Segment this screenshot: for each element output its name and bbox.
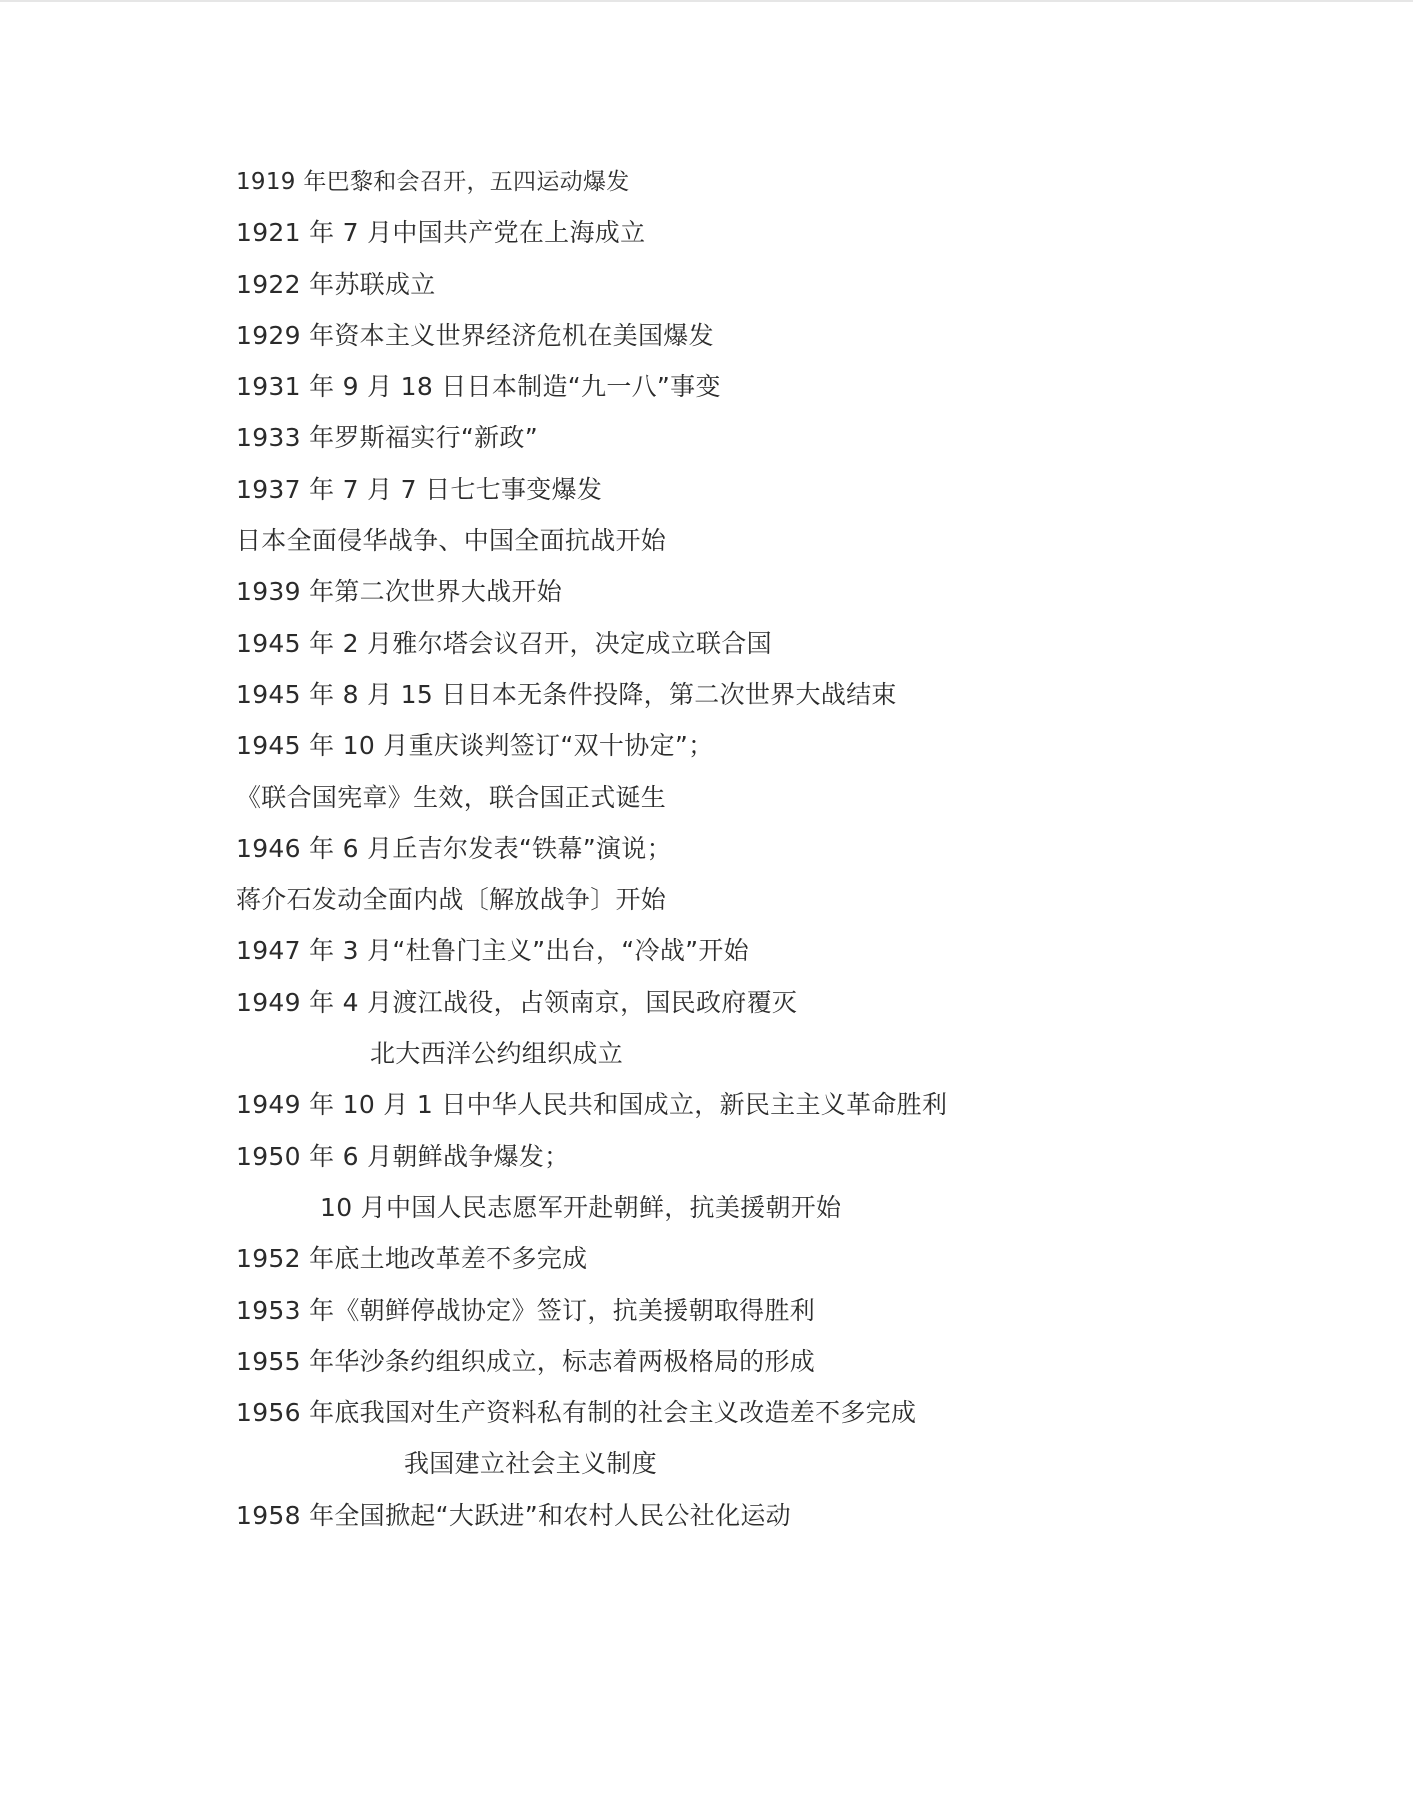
timeline-entry-1953: 1953 年《朝鲜停战协定》签订，抗美援朝取得胜利: [236, 1293, 947, 1344]
timeline-entry-1949-apr: 1949 年 4 月渡江战役，占领南京，国民政府覆灭: [236, 985, 947, 1036]
timeline-entry-1949-oct: 1949 年 10 月 1 日中华人民共和国成立，新民主主义革命胜利: [236, 1087, 947, 1138]
timeline-entry-1945-oct: 1945 年 10 月重庆谈判签订“双十协定”；: [236, 728, 947, 779]
timeline-entry-1946-continued: 蒋介石发动全面内战〔解放战争〕开始: [236, 882, 947, 933]
timeline-entry-1952: 1952 年底土地改革差不多完成: [236, 1241, 947, 1292]
timeline-entry-1945-oct-continued: 《联合国宪章》生效，联合国正式诞生: [236, 780, 947, 831]
timeline-entry-1950: 1950 年 6 月朝鲜战争爆发；: [236, 1139, 947, 1190]
timeline-entry-1929: 1929 年资本主义世界经济危机在美国爆发: [236, 318, 947, 369]
timeline-entry-1956: 1956 年底我国对生产资料私有制的社会主义改造差不多完成: [236, 1395, 947, 1446]
timeline-entry-1946: 1946 年 6 月丘吉尔发表“铁幕”演说；: [236, 831, 947, 882]
timeline-entry-1950-continued: 10 月中国人民志愿军开赴朝鲜，抗美援朝开始: [236, 1190, 947, 1241]
timeline-entry-1919: 1919 年巴黎和会召开，五四运动爆发: [236, 164, 947, 215]
timeline-entry-1945-aug: 1945 年 8 月 15 日日本无条件投降，第二次世界大战结束: [236, 677, 947, 728]
timeline-entry-1945-feb: 1945 年 2 月雅尔塔会议召开，决定成立联合国: [236, 626, 947, 677]
timeline-entry-1958: 1958 年全国掀起“大跃进”和农村人民公社化运动: [236, 1498, 947, 1549]
timeline-entry-1922: 1922 年苏联成立: [236, 267, 947, 318]
timeline-entry-1921: 1921 年 7 月中国共产党在上海成立: [236, 215, 947, 266]
timeline-list: 1919 年巴黎和会召开，五四运动爆发 1921 年 7 月中国共产党在上海成立…: [236, 164, 947, 1549]
timeline-entry-1949-apr-continued: 北大西洋公约组织成立: [236, 1036, 947, 1087]
timeline-entry-1939: 1939 年第二次世界大战开始: [236, 574, 947, 625]
timeline-entry-1947: 1947 年 3 月“杜鲁门主义”出台，“冷战”开始: [236, 933, 947, 984]
document-page: 1919 年巴黎和会召开，五四运动爆发 1921 年 7 月中国共产党在上海成立…: [0, 0, 1413, 1817]
timeline-entry-1955: 1955 年华沙条约组织成立，标志着两极格局的形成: [236, 1344, 947, 1395]
timeline-entry-1937: 1937 年 7 月 7 日七七事变爆发: [236, 472, 947, 523]
timeline-entry-1956-continued: 我国建立社会主义制度: [236, 1446, 947, 1497]
timeline-entry-1933: 1933 年罗斯福实行“新政”: [236, 420, 947, 471]
timeline-entry-1937-continued: 日本全面侵华战争、中国全面抗战开始: [236, 523, 947, 574]
timeline-entry-1931: 1931 年 9 月 18 日日本制造“九一八”事变: [236, 369, 947, 420]
